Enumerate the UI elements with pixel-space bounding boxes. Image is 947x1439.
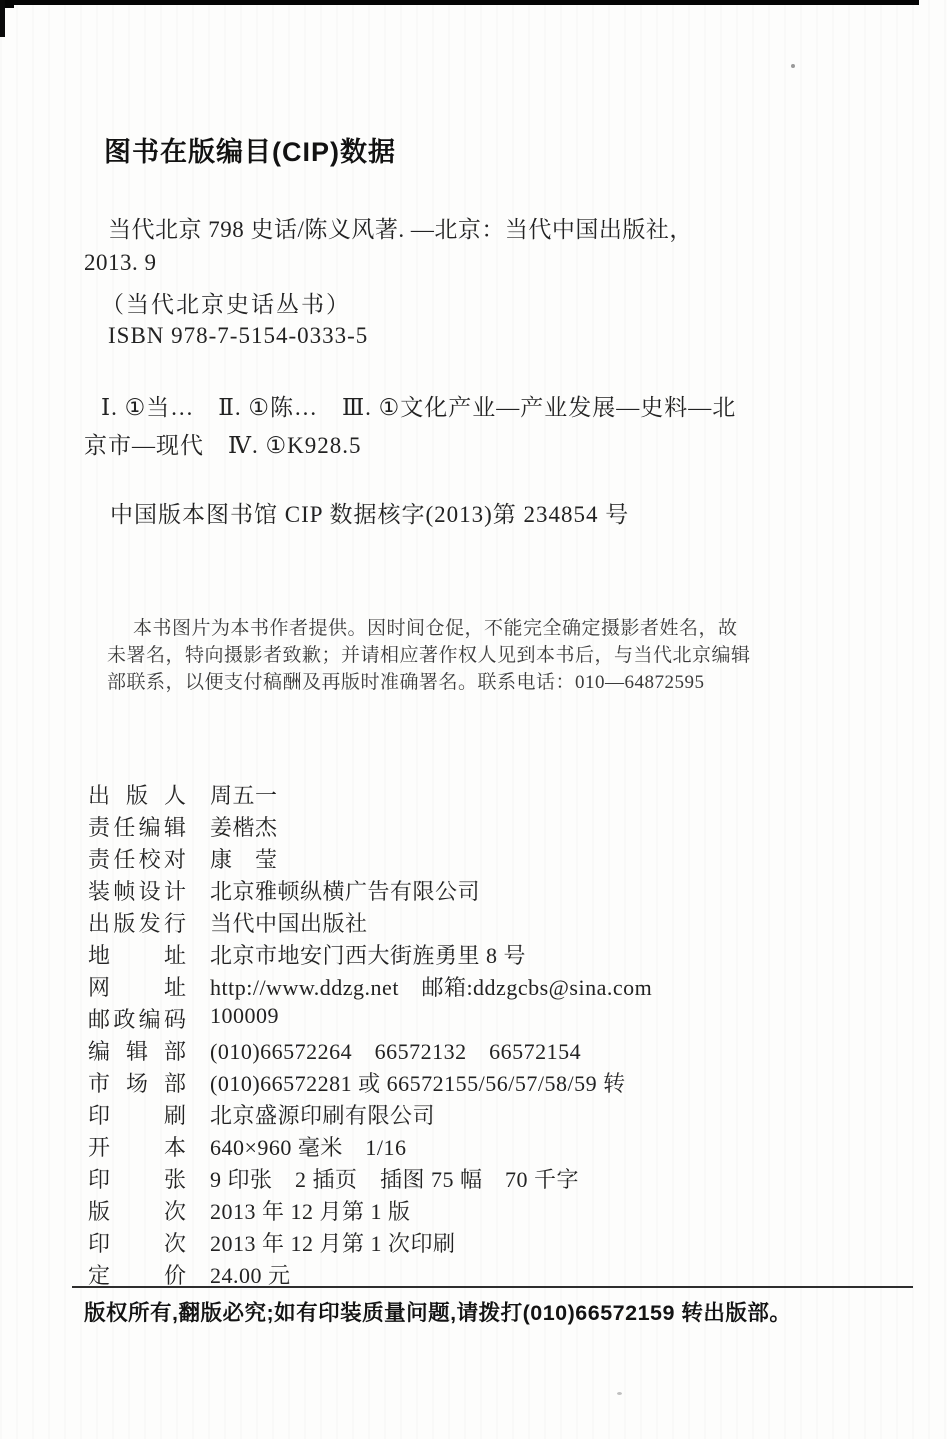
colophon-value: 9 印张 2 插页 插图 75 幅 70 千字: [210, 1163, 579, 1194]
colophon-label: 印张: [88, 1163, 186, 1194]
colophon-label: 网址: [88, 971, 186, 1002]
colophon-row-sheets: 印张 9 印张 2 插页 插图 75 幅 70 千字: [88, 1163, 868, 1195]
bibliography-line-1: 当代北京 798 史话/陈义风著. —北京：当代中国出版社，: [108, 211, 693, 244]
colophon-value: 周五一: [210, 779, 278, 810]
colophon-label: 印次: [88, 1227, 186, 1258]
colophon-label: 市场部: [88, 1067, 186, 1098]
colophon-row-publisher: 出版发行 当代中国出版社: [88, 907, 868, 939]
colophon-row-website: 网址 http://www.ddzg.net 邮箱:ddzgcbs@sina.c…: [88, 971, 868, 1003]
colophon-value: 2013 年 12 月第 1 次印刷: [210, 1227, 456, 1258]
isbn-line: ISBN 978-7-5154-0333-5: [108, 323, 368, 349]
colophon-value: (010)66572281 或 66572155/56/57/58/59 转: [210, 1067, 626, 1098]
colophon-row-printing: 印次 2013 年 12 月第 1 次印刷: [88, 1227, 868, 1259]
colophon-row-editorial-dept: 编辑部 (010)66572264 66572132 66572154: [88, 1035, 868, 1067]
colophon-row-address: 地址 北京市地安门西大街旌勇里 8 号: [88, 939, 868, 971]
colophon-value: 2013 年 12 月第 1 版: [210, 1195, 411, 1226]
book-copyright-page: 图书在版编目(CIP)数据 当代北京 798 史话/陈义风著. —北京：当代中国…: [0, 0, 947, 1439]
colophon-row-proofreader: 责任校对 康 莹: [88, 843, 868, 875]
cip-classification-line-1: Ⅰ. ①当… Ⅱ. ①陈… Ⅲ. ①文化产业—产业发展—史料—北: [101, 389, 736, 422]
colophon-row-marketing-dept: 市场部 (010)66572281 或 66572155/56/57/58/59…: [88, 1067, 868, 1099]
colophon-label: 出版发行: [88, 907, 186, 938]
colophon-row-edition: 版次 2013 年 12 月第 1 版: [88, 1195, 868, 1227]
photo-notice-line-2: 未署名，特向摄影者致歉；并请相应著作权人见到本书后，与当代北京编辑: [107, 640, 751, 667]
footer-divider-rule: [72, 1286, 913, 1288]
colophon-row-format: 开本 640×960 毫米 1/16: [88, 1131, 868, 1163]
scan-speck: [791, 64, 795, 68]
colophon-value: 北京雅顿纵横广告有限公司: [210, 875, 480, 906]
colophon-value: 北京盛源印刷有限公司: [210, 1099, 435, 1130]
photo-notice-line-1: 本书图片为本书作者提供。因时间仓促，不能完全确定摄影者姓名，故: [133, 613, 738, 640]
bibliography-line-2: 2013. 9: [84, 250, 157, 276]
colophon-value: 100009: [210, 1003, 279, 1029]
colophon-row-design: 装帧设计 北京雅顿纵横广告有限公司: [88, 875, 868, 907]
colophon-list: 出版人 周五一 责任编辑 姜楷杰 责任校对 康 莹 装帧设计 北京雅顿纵横广告有…: [88, 779, 868, 1291]
colophon-label: 编辑部: [88, 1035, 186, 1066]
colophon-value: 北京市地安门西大街旌勇里 8 号: [210, 939, 526, 970]
colophon-label: 责任校对: [88, 843, 186, 874]
colophon-value: http://www.ddzg.net 邮箱:ddzgcbs@sina.com: [210, 971, 652, 1002]
cip-header: 图书在版编目(CIP)数据: [104, 130, 396, 169]
scan-artifact-top-bar: [0, 0, 919, 5]
colophon-value: (010)66572264 66572132 66572154: [210, 1035, 581, 1066]
colophon-label: 印刷: [88, 1099, 186, 1130]
colophon-value: 640×960 毫米 1/16: [210, 1131, 407, 1162]
scan-speck: [617, 1392, 622, 1395]
colophon-label: 地址: [88, 939, 186, 970]
colophon-value: 当代中国出版社: [210, 907, 368, 938]
colophon-value: 姜楷杰: [210, 811, 278, 842]
colophon-row-editor: 责任编辑 姜楷杰: [88, 811, 868, 843]
series-title: （当代北京史话丛书）: [101, 286, 351, 319]
copyright-footer-notice: 版权所有,翻版必究;如有印装质量问题,请拨打(010)66572159 转出版部…: [84, 1296, 791, 1327]
colophon-row-publisher-person: 出版人 周五一: [88, 779, 868, 811]
colophon-row-printer: 印刷 北京盛源印刷有限公司: [88, 1099, 868, 1131]
colophon-label: 装帧设计: [88, 875, 186, 906]
colophon-row-postcode: 邮政编码 100009: [88, 1003, 868, 1035]
scan-artifact-left-edge-mark: [0, 0, 5, 37]
colophon-label: 开本: [88, 1131, 186, 1162]
photo-notice-line-3: 部联系，以便支付稿酬及再版时准确署名。联系电话：010—64872595: [107, 667, 705, 694]
colophon-label: 责任编辑: [88, 811, 186, 842]
colophon-label: 邮政编码: [88, 1003, 186, 1034]
cip-classification-line-2: 京市—现代 Ⅳ. ①K928.5: [84, 427, 361, 460]
cip-record-number: 中国版本图书馆 CIP 数据核字(2013)第 234854 号: [110, 496, 629, 529]
colophon-label: 版次: [88, 1195, 186, 1226]
colophon-value: 康 莹: [210, 843, 278, 874]
colophon-label: 出版人: [88, 779, 186, 810]
